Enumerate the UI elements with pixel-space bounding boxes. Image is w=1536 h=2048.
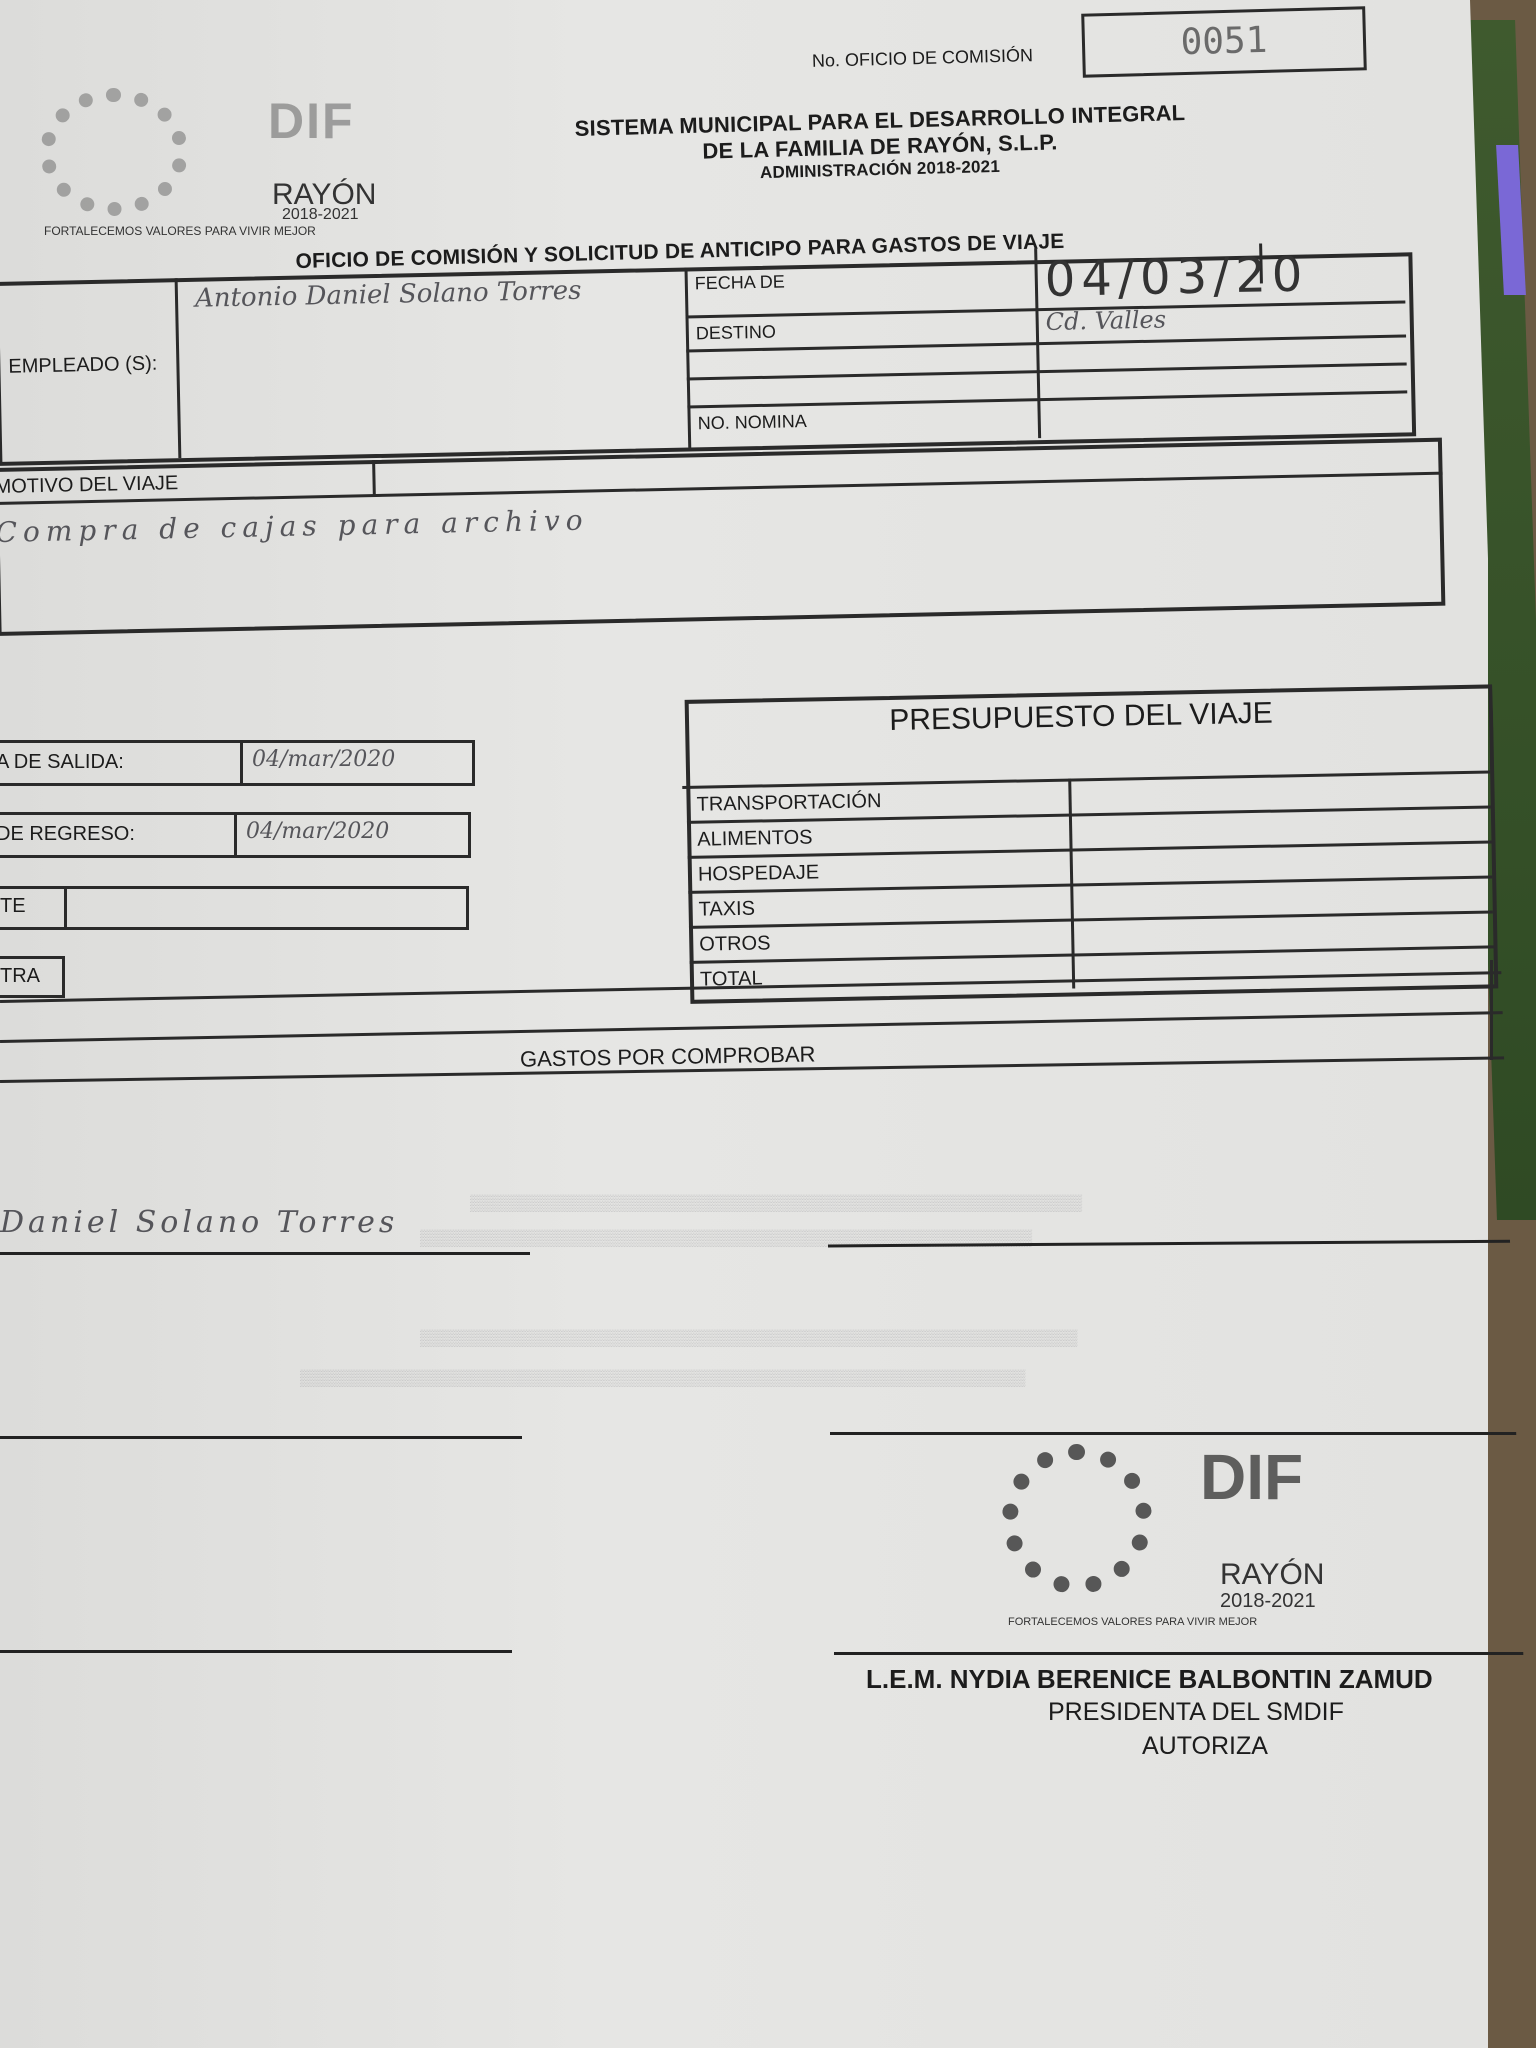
destino-label: DESTINO bbox=[696, 322, 776, 345]
signature-line-left-2 bbox=[0, 1436, 522, 1439]
logo-years: 2018-2021 bbox=[282, 206, 359, 224]
nomina-label: NO. NOMINA bbox=[698, 411, 807, 434]
authorizer-name: L.E.M. NYDIA BERENICE BALBONTIN ZAMUD bbox=[866, 1664, 1433, 1695]
oficio-label: No. OFICIO DE COMISIÓN bbox=[812, 45, 1034, 72]
employee-section: EMPLEADO (S): Antonio Daniel Solano Torr… bbox=[0, 222, 1418, 460]
salida-row: A DE SALIDA: 04/mar/2020 bbox=[0, 740, 475, 786]
budget-row-label: HOSPEDAJE bbox=[698, 861, 820, 886]
regreso-label: DE REGRESO: bbox=[0, 823, 135, 846]
form-page: No. OFICIO DE COMISIÓN 0051 DIF RAYÓN 20… bbox=[0, 0, 1488, 2048]
destino-field[interactable]: Cd. Valles bbox=[1045, 305, 1166, 336]
motivo-label: MOTIVO DEL VIAJE bbox=[0, 472, 179, 499]
salida-field[interactable]: 04/mar/2020 bbox=[252, 747, 395, 772]
budget-row-value[interactable] bbox=[1086, 952, 1486, 988]
signature-line-employee bbox=[0, 1252, 530, 1255]
regreso-row: DE REGRESO: 04/mar/2020 bbox=[0, 812, 471, 858]
employee-signature: Daniel Solano Torres bbox=[0, 1205, 398, 1240]
regreso-field[interactable]: 04/mar/2020 bbox=[246, 819, 389, 844]
logo-motto: FORTALECEMOS VALORES PARA VIVIR MEJOR bbox=[44, 224, 316, 238]
dif-logo-emblem-icon bbox=[40, 88, 188, 216]
budget-row-label: OTROS bbox=[699, 932, 771, 956]
fecha-label: FECHA DE bbox=[695, 271, 785, 294]
oficio-number: 0051 bbox=[1084, 9, 1363, 74]
signature-line-right-2 bbox=[830, 1432, 1536, 1435]
stamp-emblem-icon bbox=[1002, 1444, 1152, 1594]
row-te: TE bbox=[0, 886, 469, 930]
trip-fields: A DE SALIDA: 04/mar/2020 DE REGRESO: 04/… bbox=[0, 740, 490, 980]
authorizer-role: AUTORIZA bbox=[1142, 1732, 1268, 1761]
row-tra: TRA bbox=[0, 956, 65, 998]
fecha-field[interactable]: 04/03/20 bbox=[1044, 246, 1309, 308]
stamp-motto: FORTALECEMOS VALORES PARA VIVIR MEJOR bbox=[1008, 1616, 1257, 1628]
authorizer-title: PRESIDENTA DEL SMDIF bbox=[1048, 1698, 1344, 1727]
budget-table: PRESUPUESTO DEL VIAJE TRANSPORTACIÓNALIM… bbox=[680, 652, 1516, 1004]
tra-label: TRA bbox=[0, 965, 40, 988]
stamp-years: 2018-2021 bbox=[1220, 1590, 1316, 1613]
budget-row-label: TAXIS bbox=[698, 898, 755, 922]
bleed-through-text: ▒▒▒▒▒▒▒▒▒▒▒▒▒▒▒▒▒▒▒▒▒▒▒▒▒▒▒▒▒▒▒▒▒▒▒▒▒▒▒▒… bbox=[470, 1195, 1082, 1213]
budget-row-label: ALIMENTOS bbox=[697, 826, 813, 851]
oficio-number-box: 0051 bbox=[1081, 6, 1367, 77]
signature-line-authorizer bbox=[834, 1652, 1536, 1655]
gastos-por-comprobar-label: GASTOS POR COMPROBAR bbox=[520, 1041, 816, 1072]
te-label: TE bbox=[0, 895, 26, 918]
signature-line-left-3 bbox=[0, 1650, 512, 1653]
dif-stamp: DIF RAYÓN 2018-2021 FORTALECEMOS VALORES… bbox=[1000, 1440, 1380, 1640]
motivo-section: MOTIVO DEL VIAJE Compra de cajas para ar… bbox=[0, 429, 1457, 640]
empleado-label: EMPLEADO (S): bbox=[8, 353, 157, 379]
salida-label: A DE SALIDA: bbox=[0, 751, 124, 774]
logo-brand: DIF bbox=[268, 92, 355, 150]
stamp-brand: DIF bbox=[1200, 1440, 1303, 1514]
budget-row-label: TRANSPORTACIÓN bbox=[696, 790, 881, 817]
stamp-place: RAYÓN bbox=[1220, 1558, 1324, 1592]
